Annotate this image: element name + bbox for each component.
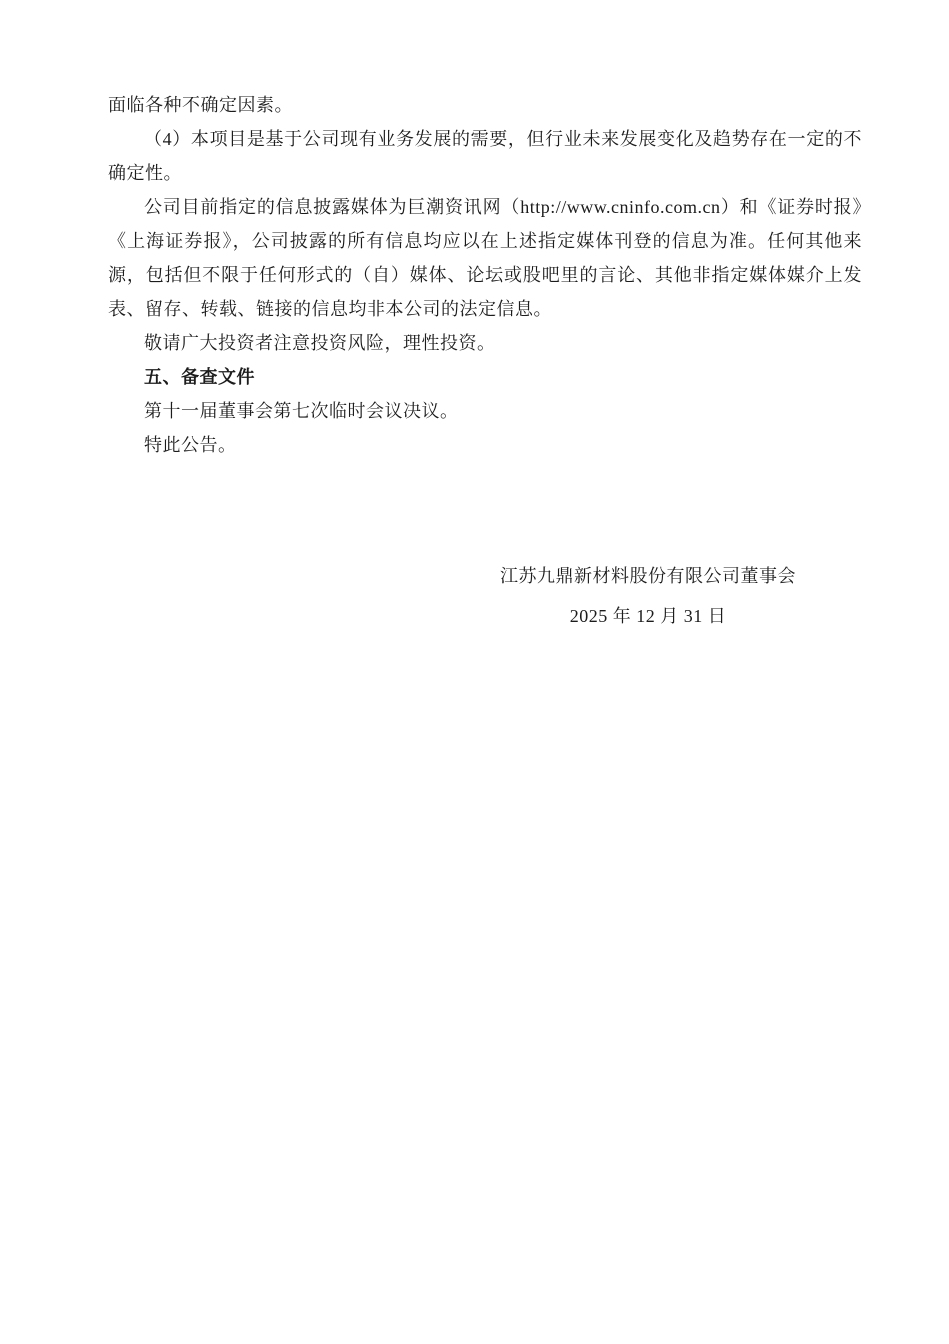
signature-block: 江苏九鼎新材料股份有限公司董事会 2025 年 12 月 31 日: [478, 556, 818, 636]
paragraph-announcement-closing: 特此公告。: [108, 428, 862, 462]
paragraph-investor-notice: 敬请广大投资者注意投资风险，理性投资。: [108, 326, 862, 360]
section-heading-reference-documents: 五、备查文件: [108, 360, 862, 394]
paragraph-board-resolution: 第十一届董事会第七次临时会议决议。: [108, 394, 862, 428]
signature-date: 2025 年 12 月 31 日: [478, 596, 818, 636]
paragraph-risk-item-4: （4）本项目是基于公司现有业务发展的需要，但行业未来发展变化及趋势存在一定的不确…: [108, 122, 862, 190]
paragraph-disclosure-media: 公司目前指定的信息披露媒体为巨潮资讯网（http://www.cninfo.co…: [108, 190, 862, 326]
signature-company: 江苏九鼎新材料股份有限公司董事会: [478, 556, 818, 596]
paragraph-continuation: 面临各种不确定因素。: [108, 88, 862, 122]
document-page: 面临各种不确定因素。 （4）本项目是基于公司现有业务发展的需要，但行业未来发展变…: [0, 0, 949, 1344]
